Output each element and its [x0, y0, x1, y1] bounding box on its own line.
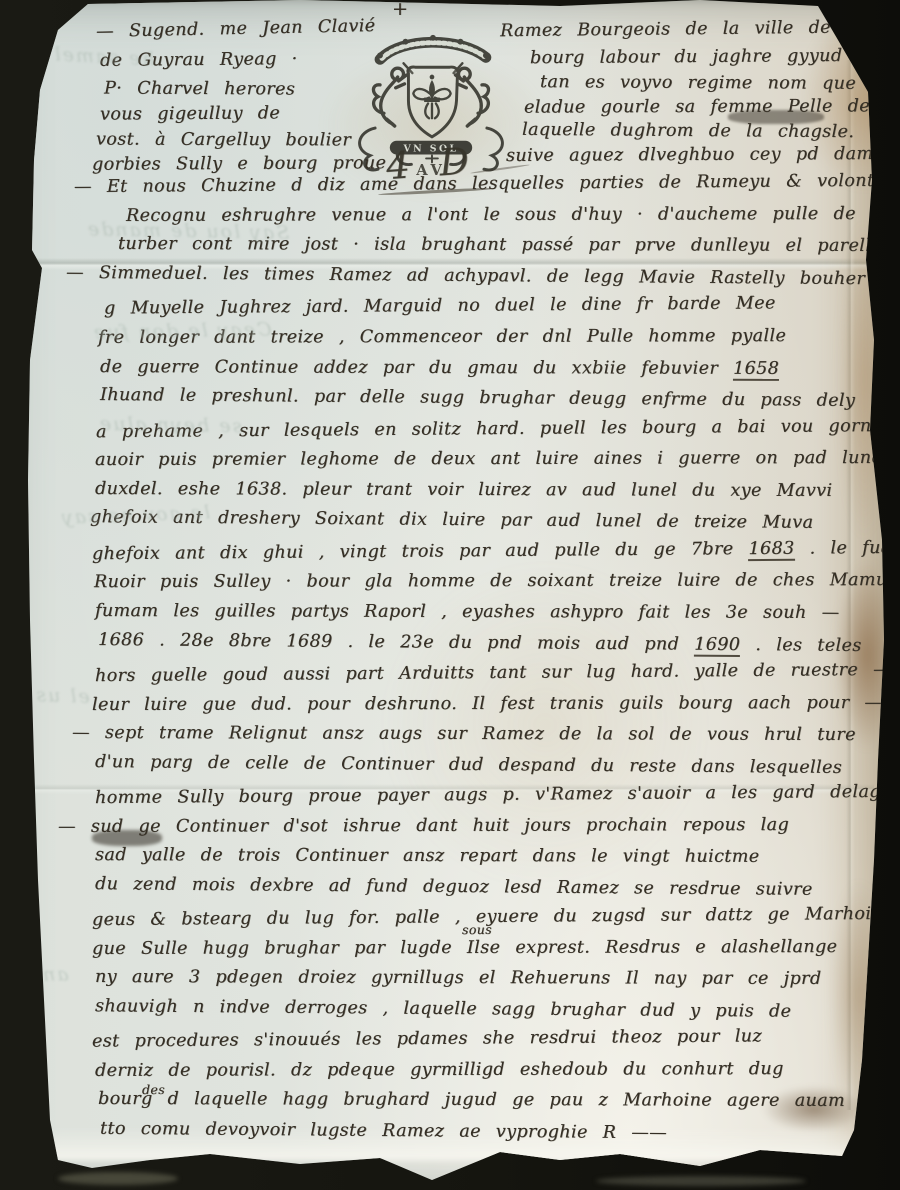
- ink-smudge-bottom-right: [762, 1086, 866, 1132]
- stamp-value-underline-flourish: [378, 187, 496, 196]
- photo-stage: +: [0, 0, 900, 1190]
- verso-bleedthrough-text: Ceay le don fue: [92, 318, 272, 343]
- manuscript-line: Recognu eshrughre venue a l'ont le sous …: [126, 204, 856, 226]
- manuscript-line: hors guelle goud aussi part Arduitts tan…: [95, 660, 891, 686]
- manuscript-line-top-right: laquelle dughrom de la chagsle.: [522, 120, 854, 142]
- foxing-right-middle: [836, 560, 898, 750]
- background-fragment-left: [58, 1172, 178, 1185]
- manuscript-line-top-right: tan es voyvo regime nom que: [540, 72, 856, 94]
- manuscript-line: du zend mois dexbre ad fund deguoz lesd …: [95, 874, 813, 900]
- manuscript-line: Ihuand le preshunl. par delle sugg brugh…: [100, 385, 855, 411]
- foxing-top-right: [800, 10, 900, 190]
- manuscript-line: auoir puis premier leghome de deux ant l…: [95, 448, 888, 470]
- verso-bleedthrough-text: se beyn alue: [98, 413, 243, 438]
- manuscript-line: 1686 . 28e 8bre 1689 . le 23e du pnd moi…: [98, 630, 862, 656]
- manuscript-line-top-left: P· Charvel herores: [104, 78, 295, 99]
- manuscript-line: de guerre Continue addez par du gmau du …: [100, 357, 779, 379]
- manuscript-line: geus & bstearg du lug for. palle , eyuer…: [92, 904, 894, 930]
- interlinear-word: sous: [462, 922, 492, 937]
- manuscript-line: duxdel. eshe 1638. pleur trant voir luir…: [95, 479, 832, 501]
- manuscript-line: ny aure 3 pdegen droiez gyrnillugs el Re…: [95, 967, 821, 989]
- verso-bleedthrough-text: le aov ne say: [60, 501, 211, 528]
- verso-bleedthrough-text: he samel fo lay: [0, 39, 155, 70]
- right-edge-yellowing: [826, 0, 886, 1190]
- manuscript-line-top-left: vost. à Cargelluy boulier: [96, 130, 351, 151]
- manuscript-line-top-right: suive aguez dlveghbuo cey pd dame: [506, 144, 884, 166]
- verso-bleedthrough-text: an elou: [0, 963, 69, 986]
- manuscript-line-top-left: — Sugend. me Jean Clavié: [96, 16, 376, 42]
- manuscript-line: turber cont mire jost · isla brughant pa…: [118, 234, 882, 256]
- fold-crease-top: [28, 258, 874, 270]
- invocation-cross-mark: +: [392, 0, 408, 20]
- manuscript-line-top-left: vous gigeulluy de: [100, 103, 280, 124]
- background-fragment-right: [596, 1176, 806, 1186]
- manuscript-line-top-right: bourg labour du jaghre gyyud el: [530, 46, 874, 68]
- manuscript-line: shauvigh n indve derroges , laquelle sag…: [95, 996, 791, 1021]
- manuscript-line: d'un parg de celle de Continuer dud desp…: [95, 752, 842, 778]
- manuscript-line: — Simmeduel. les times Ramez ad achypavl…: [66, 263, 865, 289]
- manuscript-line: est procedures s'inouués les pdames she …: [92, 1026, 762, 1051]
- manuscript-line: derniz de pourisl. dz pdeque gyrmilligd …: [95, 1059, 784, 1081]
- manuscript-page: +: [0, 0, 900, 1190]
- manuscript-line: — sept trame Relignut ansz augs sur Rame…: [72, 723, 856, 745]
- verso-bleedthrough-text: el us doy: [0, 682, 90, 708]
- foxing-right-upper: [838, 220, 890, 540]
- manuscript-line: a prehame , sur lesquels en solitz hard.…: [96, 416, 900, 442]
- ink-blot-left: [92, 830, 162, 846]
- manuscript-line: fumam les guilles partys Raporl , eyashe…: [95, 601, 840, 623]
- manuscript-line-top-right: Ramez Bourgeois de la ville de Mon by: [500, 17, 900, 41]
- fold-crease-right: [846, 60, 855, 1110]
- manuscript-line: ghefoix ant dreshery Soixant dix luire p…: [90, 507, 814, 533]
- ink-strikeout-right: [728, 110, 824, 124]
- manuscript-line: g Muyelle Jughrez jard. Marguid no duel …: [104, 293, 776, 318]
- manuscript-line: ghefoix ant dix ghui , vingt trois par a…: [92, 538, 900, 564]
- manuscript-line: fre longer dant treize , Commenceor der …: [98, 326, 786, 348]
- yellowing-center: [380, 560, 710, 890]
- manuscript-line: — sud ge Continuer d'sot ishrue dant hui…: [58, 815, 789, 837]
- manuscript-line: gue Sulle hugg brughar par lugde Ilse ex…: [92, 937, 837, 959]
- bottom-deckle-highlight: [52, 1128, 860, 1160]
- foxing-right-lower: [830, 880, 888, 1110]
- manuscript-line: homme Sully bourg proue payer augs p. v'…: [95, 782, 881, 808]
- stamp-value-text: 4 D: [385, 139, 480, 188]
- manuscript-line-top-right: eladue gourle sa femme Pelle de: [524, 96, 870, 117]
- manuscript-line: sad yalle de trois Continuer ansz repart…: [95, 845, 760, 867]
- manuscript-line-top-left: de Guyrau Ryeag ·: [100, 49, 298, 71]
- verso-bleedthrough-text: Say lou de mande: [86, 218, 290, 244]
- manuscript-line: bourg d laquelle hagg brughard jugud ge …: [98, 1089, 878, 1111]
- interlinear-word: des: [142, 1082, 165, 1097]
- manuscript-line: leur luire gue dud. pour deshruno. Il fe…: [92, 693, 882, 715]
- fold-crease-middle: [30, 784, 874, 794]
- manuscript-line: Ruoir puis Sulley · bour gla homme de so…: [94, 570, 900, 592]
